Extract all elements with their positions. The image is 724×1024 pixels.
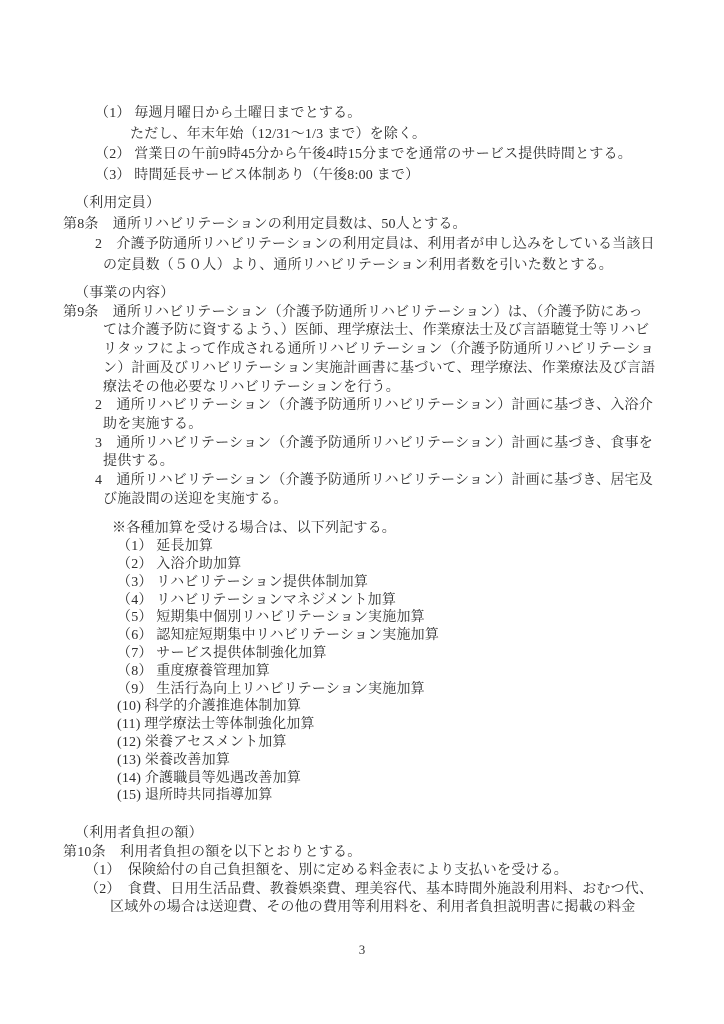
article-9-para-3-cont: 提供する。: [0, 453, 724, 472]
hours-item-1-note: ただし、年末年始（12/31～1/3 まで）を除く。: [0, 125, 724, 146]
addon-item-5: （5） 短期集中個別リハビリテーション実施加算: [0, 609, 724, 627]
addon-item-15: (15) 退所時共同指導加算: [0, 787, 724, 805]
article-8-para-2: 2 介護予防通所リハビリテーションの利用定員は、利用者が申し込みをしている当該日: [0, 235, 724, 256]
article-8-para-2-cont: の定員数（５０人）より、通所リハビリテーション利用者数を引いた数とする。: [0, 256, 724, 277]
charges-heading: （利用者負担の額）: [0, 825, 724, 844]
document-page: （1） 毎週月曜日から土曜日までとする。 ただし、年末年始（12/31～1/3 …: [0, 0, 724, 1024]
addon-item-3: （3） リハビリテーション提供体制加算: [0, 574, 724, 592]
page-number: 3: [0, 942, 724, 958]
section-services: （事業の内容） 第9条 通所リハビリテーション（介護予防通所リハビリテーション）…: [0, 285, 724, 509]
addon-item-12: (12) 栄養アセスメント加算: [0, 734, 724, 752]
hours-item-1: （1） 毎週月曜日から土曜日までとする。: [0, 104, 724, 125]
addons-note: ※各種加算を受ける場合は、以下列記する。: [0, 520, 724, 538]
addon-item-11: (11) 理学療法士等体制強化加算: [0, 716, 724, 734]
article-9-para-4-cont: び施設間の送迎を実施する。: [0, 491, 724, 510]
addon-item-2: （2） 入浴介助加算: [0, 556, 724, 574]
section-gap: [0, 186, 724, 194]
section-gap: [0, 805, 724, 825]
article-9-para-4: 4 通所リハビリテーション（介護予防通所リハビリテーション）計画に基づき、居宅及: [0, 472, 724, 491]
services-heading: （事業の内容）: [0, 285, 724, 304]
article-9-para-3: 3 通所リハビリテーション（介護予防通所リハビリテーション）計画に基づき、食事を: [0, 435, 724, 454]
section-gap: [0, 509, 724, 520]
article-9-text: 第9条 通所リハビリテーション（介護予防通所リハビリテーション）は、（介護予防に…: [0, 304, 724, 323]
hours-item-3: （3） 時間延長サービス体制あり（午後8:00 まで）: [0, 166, 724, 187]
article-9-para-2: 2 通所リハビリテーション（介護予防通所リハビリテーション）計画に基づき、入浴介: [0, 397, 724, 416]
article-10-item-2: （2） 食費、日用生活品費、教養娯楽費、理美容代、基本時間外施設利用料、おむつ代…: [0, 881, 724, 900]
addon-item-1: （1） 延長加算: [0, 538, 724, 556]
section-service-hours: （1） 毎週月曜日から土曜日までとする。 ただし、年末年始（12/31～1/3 …: [0, 104, 724, 186]
article-9-cont-2: リタッフによって作成される通所リハビリテーション（介護予防通所リハビリテーショ: [0, 341, 724, 360]
addon-item-4: （4） リハビリテーションマネジメント加算: [0, 592, 724, 610]
hours-item-2: （2） 営業日の午前9時45分から午後4時15分までを通常のサービス提供時間とす…: [0, 145, 724, 166]
addon-item-8: （8） 重度療養管理加算: [0, 663, 724, 681]
section-user-charges: （利用者負担の額） 第10条 利用者負担の額を以下とおりとする。 （1） 保険給…: [0, 825, 724, 918]
article-8-text: 第8条 通所リハビリテーションの利用定員数は、50人とする。: [0, 215, 724, 236]
addon-item-14: (14) 介護職員等処遇改善加算: [0, 770, 724, 788]
article-9-cont-3: ン）計画及びリハビリテーション実施計画書に基づいて、理学療法、作業療法及び言語: [0, 360, 724, 379]
addon-item-13: (13) 栄養改善加算: [0, 752, 724, 770]
article-9-cont-1: ては介護予防に資するよう、）医師、理学療法士、作業療法士及び言語聴覚士等リハビ: [0, 322, 724, 341]
section-capacity: （利用定員） 第8条 通所リハビリテーションの利用定員数は、50人とする。 2 …: [0, 194, 724, 276]
section-addons-list: ※各種加算を受ける場合は、以下列記する。 （1） 延長加算 （2） 入浴介助加算…: [0, 520, 724, 805]
article-9-para-2-cont: 助を実施する。: [0, 416, 724, 435]
article-10-text: 第10条 利用者負担の額を以下とおりとする。: [0, 844, 724, 863]
article-10-item-1: （1） 保険給付の自己負担額を、別に定める料金表により支払いを受ける。: [0, 862, 724, 881]
article-10-item-2-cont: 区域外の場合は送迎費、その他の費用等利用料を、利用者負担説明書に掲載の料金: [0, 899, 724, 918]
section-gap: [0, 276, 724, 285]
addon-item-6: （6） 認知症短期集中リハビリテーション実施加算: [0, 627, 724, 645]
addon-item-9: （9） 生活行為向上リハビリテーション実施加算: [0, 681, 724, 699]
article-9-cont-4: 療法その他必要なリハビリテーションを行う。: [0, 379, 724, 398]
addon-item-10: (10) 科学的介護推進体制加算: [0, 698, 724, 716]
addon-item-7: （7） サービス提供体制強化加算: [0, 645, 724, 663]
capacity-heading: （利用定員）: [0, 194, 724, 215]
